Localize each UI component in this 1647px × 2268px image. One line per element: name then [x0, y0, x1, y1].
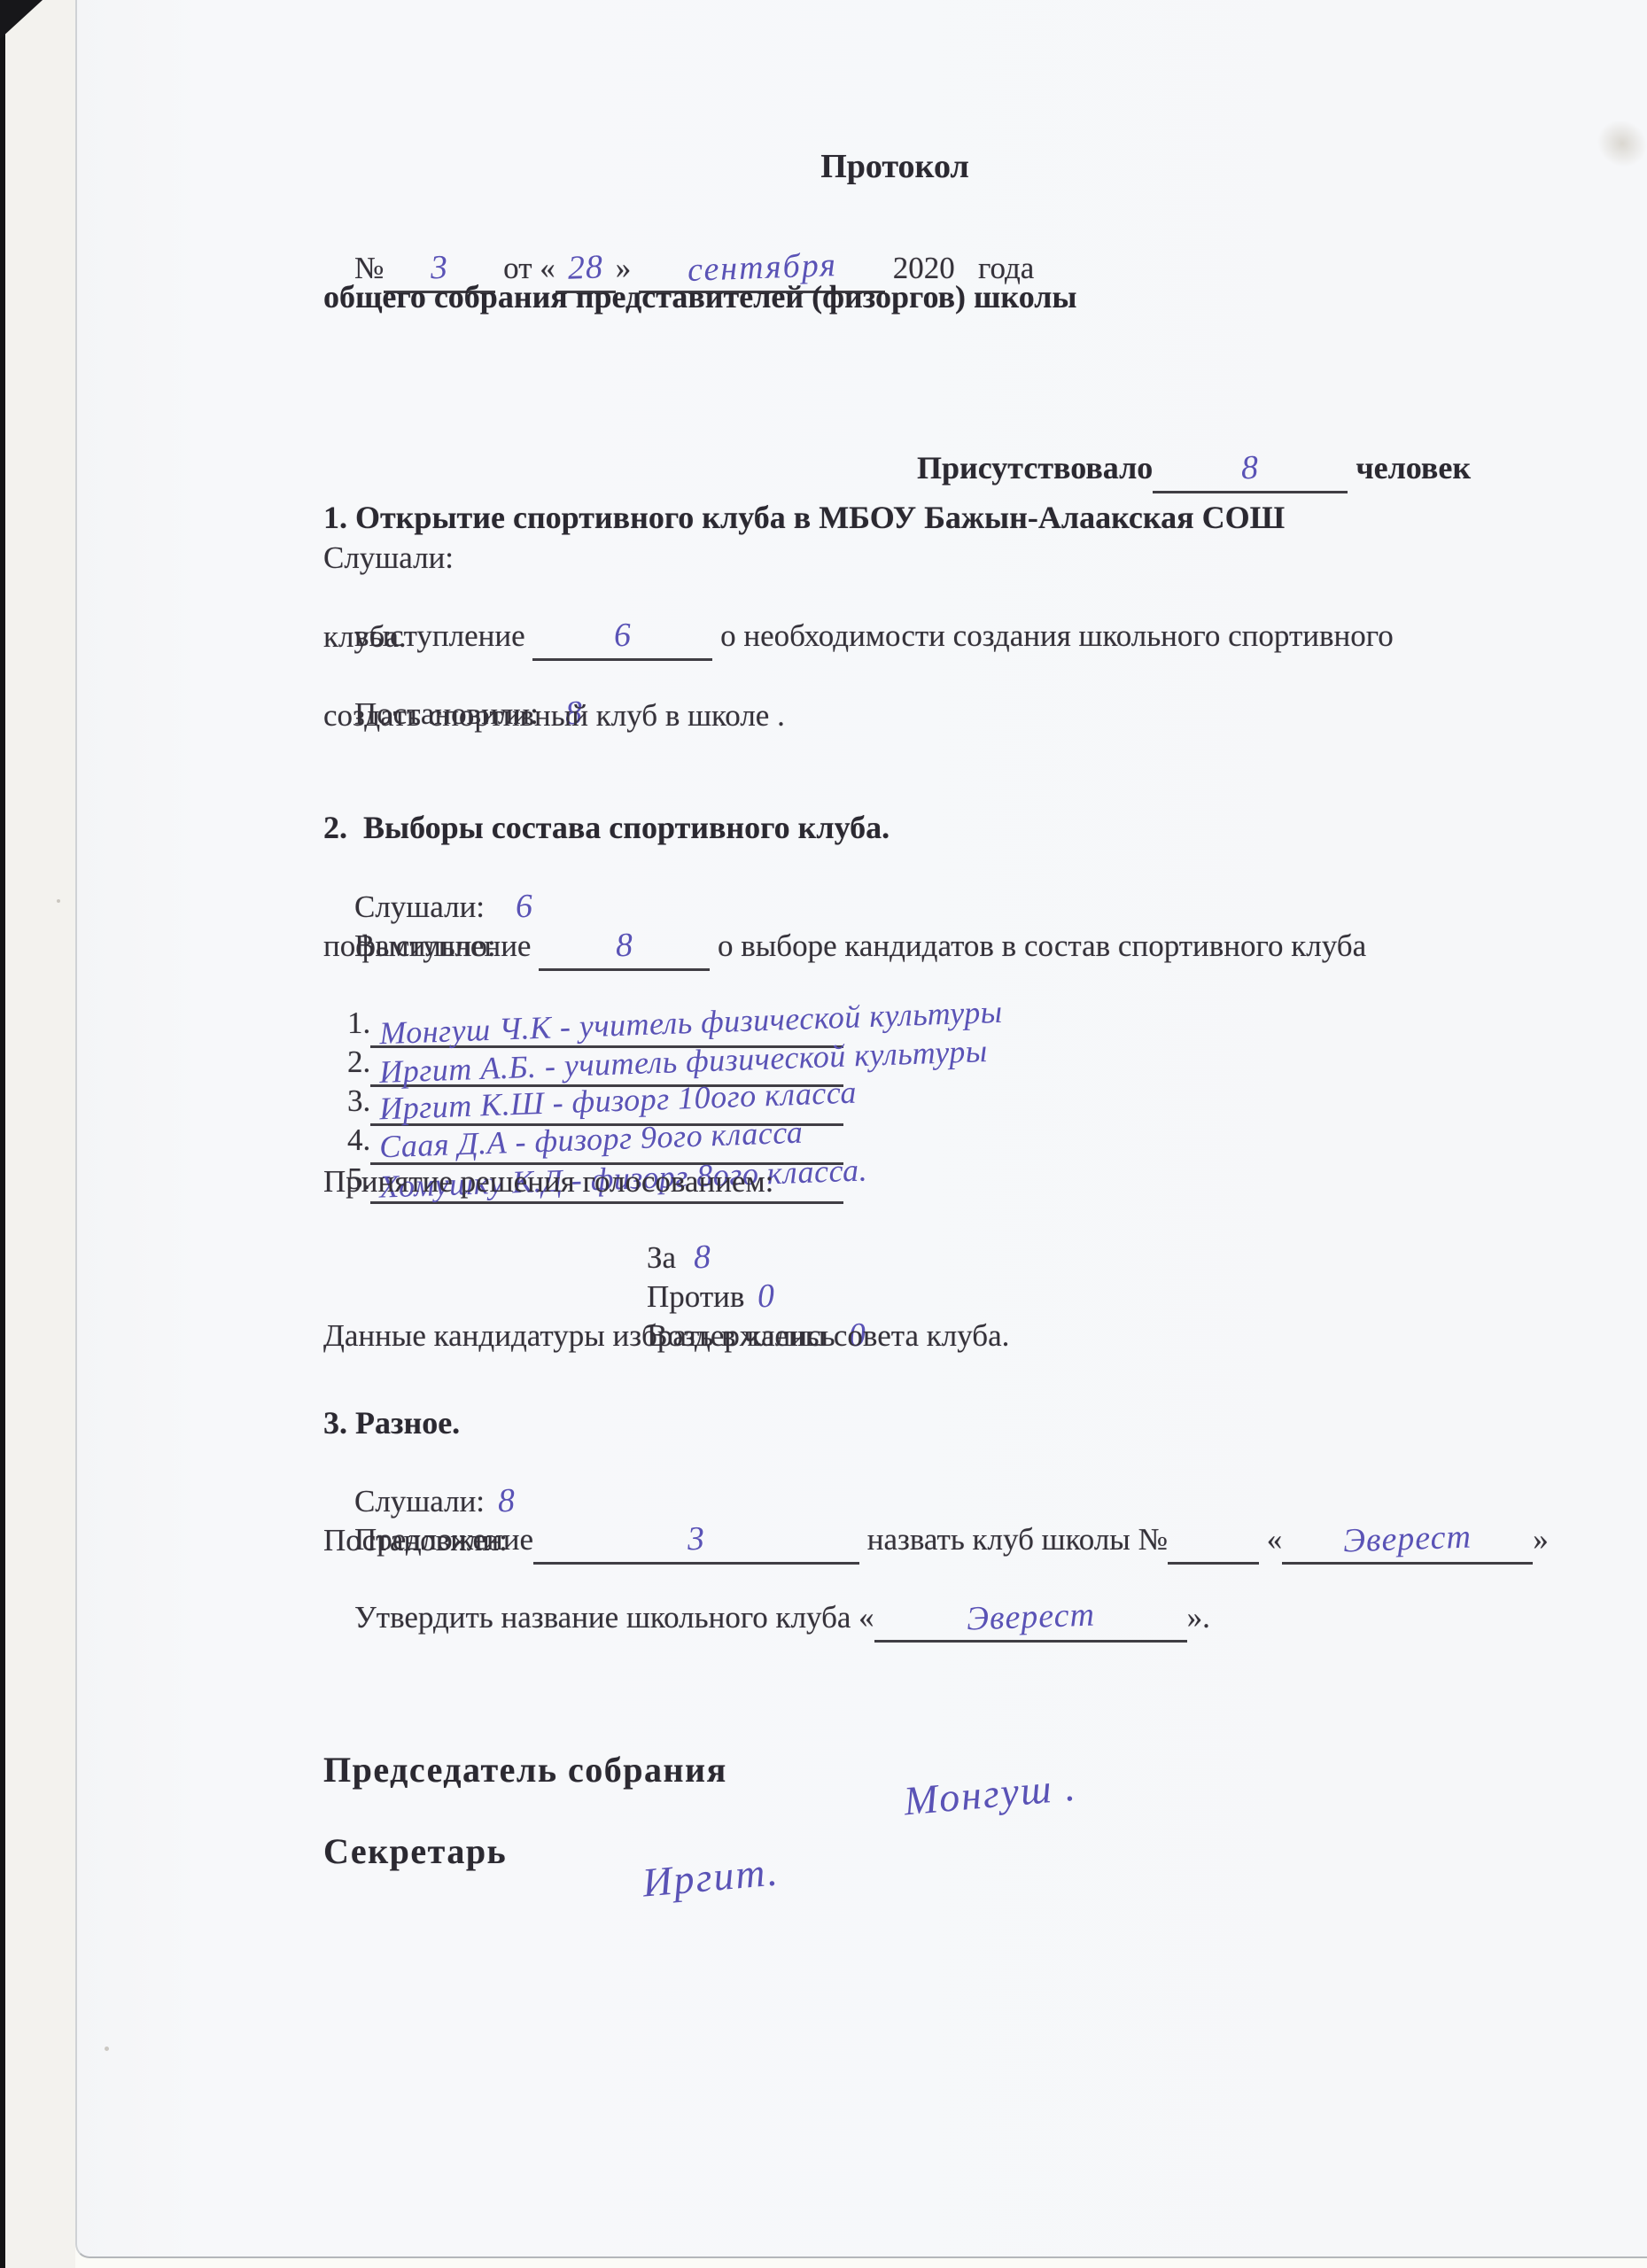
attendance-suffix: человек: [1348, 450, 1471, 485]
speech-suffix: о выборе кандидатов в состав спортивного…: [710, 928, 1366, 963]
speech-value-handwritten: 8: [615, 928, 633, 963]
approve-club-name-blank: Эверест: [874, 1598, 1187, 1643]
section2-decision: Данные кандидатуры избрать в члены совет…: [323, 1317, 1009, 1355]
attendance-label: Присутствовало: [917, 450, 1153, 485]
approve-club-name-handwritten: Эверест: [966, 1597, 1095, 1635]
section1-speech-continuation: клуба.: [323, 617, 407, 656]
document-subtitle: общего собрания представителей (физоргов…: [323, 277, 1077, 316]
speech-suffix: о необходимости создания школьного спорт…: [712, 618, 1393, 653]
section1-resolution: создать спортивный клуб в школе .: [323, 696, 785, 735]
attendance-blank: 8: [1153, 449, 1348, 493]
chairman-label: Председатель собрания: [323, 1751, 727, 1790]
approve-prefix: Утвердить название школьного клуба «: [354, 1600, 874, 1635]
club-name-blank: Эверест: [1282, 1520, 1533, 1565]
proposal-mid: назвать клуб школы №: [859, 1522, 1168, 1557]
secretary-label: Секретарь: [323, 1832, 507, 1871]
scanner-edge-strip: [0, 0, 5, 2268]
document-title: Протокол: [323, 147, 1466, 186]
voting-label: Принятие решения голосованием:: [323, 1162, 773, 1201]
speech-value-handwritten: 6: [613, 618, 632, 653]
scan-corner-artifact: [0, 0, 43, 39]
quote-close: »: [1533, 1522, 1549, 1557]
proposal-blank: 3: [533, 1520, 859, 1565]
dust-speck: [105, 2047, 109, 2051]
chairman-signature-handwritten: Монгуш .: [902, 1767, 1078, 1822]
attendance-count-handwritten: 8: [1241, 451, 1260, 485]
section2-pofamilno-label: пофамильно:: [323, 927, 496, 966]
dust-speck: [57, 899, 60, 903]
secretary-signature-handwritten: Иргит.: [641, 1851, 781, 1903]
section3-approve-line: Утвердить название школьного клуба «Эвер…: [323, 1559, 1210, 1682]
scanner-background-band: [0, 0, 75, 2268]
scanned-protocol-page: Протокол №3 от «28» сентября 2020 года о…: [0, 0, 1647, 2268]
section2-heading: 2. Выборы состава спортивного клуба.: [323, 808, 890, 847]
school-number-blank: [1168, 1520, 1259, 1565]
approve-suffix: ».: [1187, 1600, 1210, 1635]
proposal-value-handwritten: 3: [687, 1522, 705, 1557]
section1-heading: 1. Открытие спортивного клуба в МБОУ Баж…: [323, 498, 1285, 537]
speech-blank: 6: [532, 617, 712, 661]
quote-open: «: [1259, 1522, 1282, 1557]
section1-slushali-label: Слушали:: [323, 539, 454, 578]
club-name-handwritten: Эверест: [1343, 1519, 1472, 1557]
secretary-signature: Иргит.: [611, 1818, 779, 1939]
chairman-signature: Монгуш .: [873, 1735, 1077, 1856]
section3-postanovili-label: Постановили:: [323, 1521, 508, 1560]
section3-heading: 3. Разное.: [323, 1403, 460, 1442]
paper-sheet: [75, 0, 1647, 2258]
